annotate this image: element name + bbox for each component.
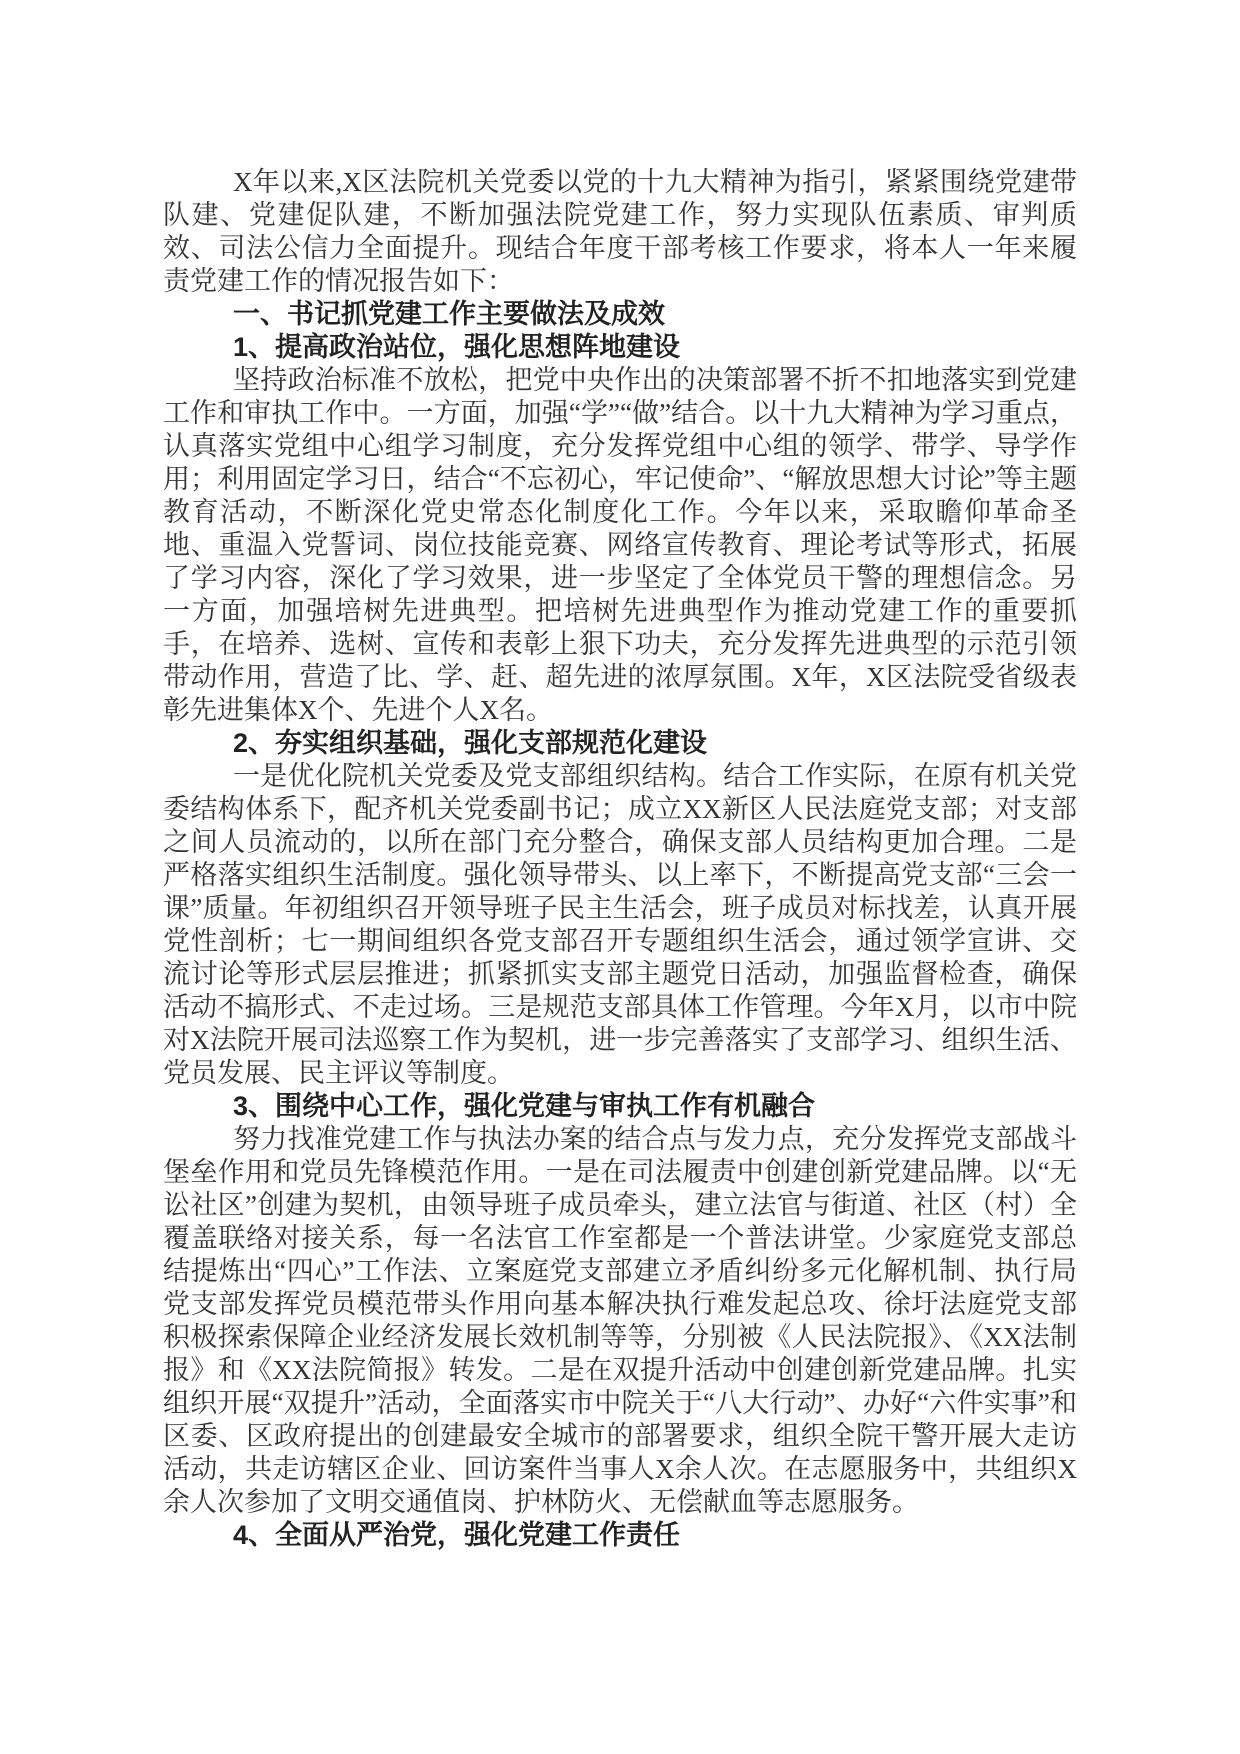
section-1-heading: 一、书记抓党建工作主要做法及成效 xyxy=(163,298,1077,331)
document-page: X年以来,X区法院机关党委以党的十九大精神为指引，紧紧围绕党建带队建、党建促队建… xyxy=(0,0,1240,1754)
document-body: X年以来,X区法院机关党委以党的十九大精神为指引，紧紧围绕党建带队建、党建促队建… xyxy=(163,166,1077,1552)
subsection-2-paragraph: 一是优化院机关党委及党支部组织结构。结合工作实际，在原有机关党委结构体系下，配齐… xyxy=(163,760,1077,1090)
subsection-3-paragraph: 努力找准党建工作与执法办案的结合点与发力点，充分发挥党支部战斗堡垒作用和党员先锋… xyxy=(163,1123,1077,1519)
subsection-1-heading: 1、提高政治站位，强化思想阵地建设 xyxy=(163,331,1077,364)
subsection-3-heading: 3、围绕中心工作，强化党建与审执工作有机融合 xyxy=(163,1090,1077,1123)
subsection-1-paragraph: 坚持政治标准不放松，把党中央作出的决策部署不折不扣地落实到党建工作和审执工作中。… xyxy=(163,364,1077,727)
intro-paragraph: X年以来,X区法院机关党委以党的十九大精神为指引，紧紧围绕党建带队建、党建促队建… xyxy=(163,166,1077,298)
subsection-2-heading: 2、夯实组织基础，强化支部规范化建设 xyxy=(163,727,1077,760)
subsection-4-heading: 4、全面从严治党，强化党建工作责任 xyxy=(163,1519,1077,1552)
